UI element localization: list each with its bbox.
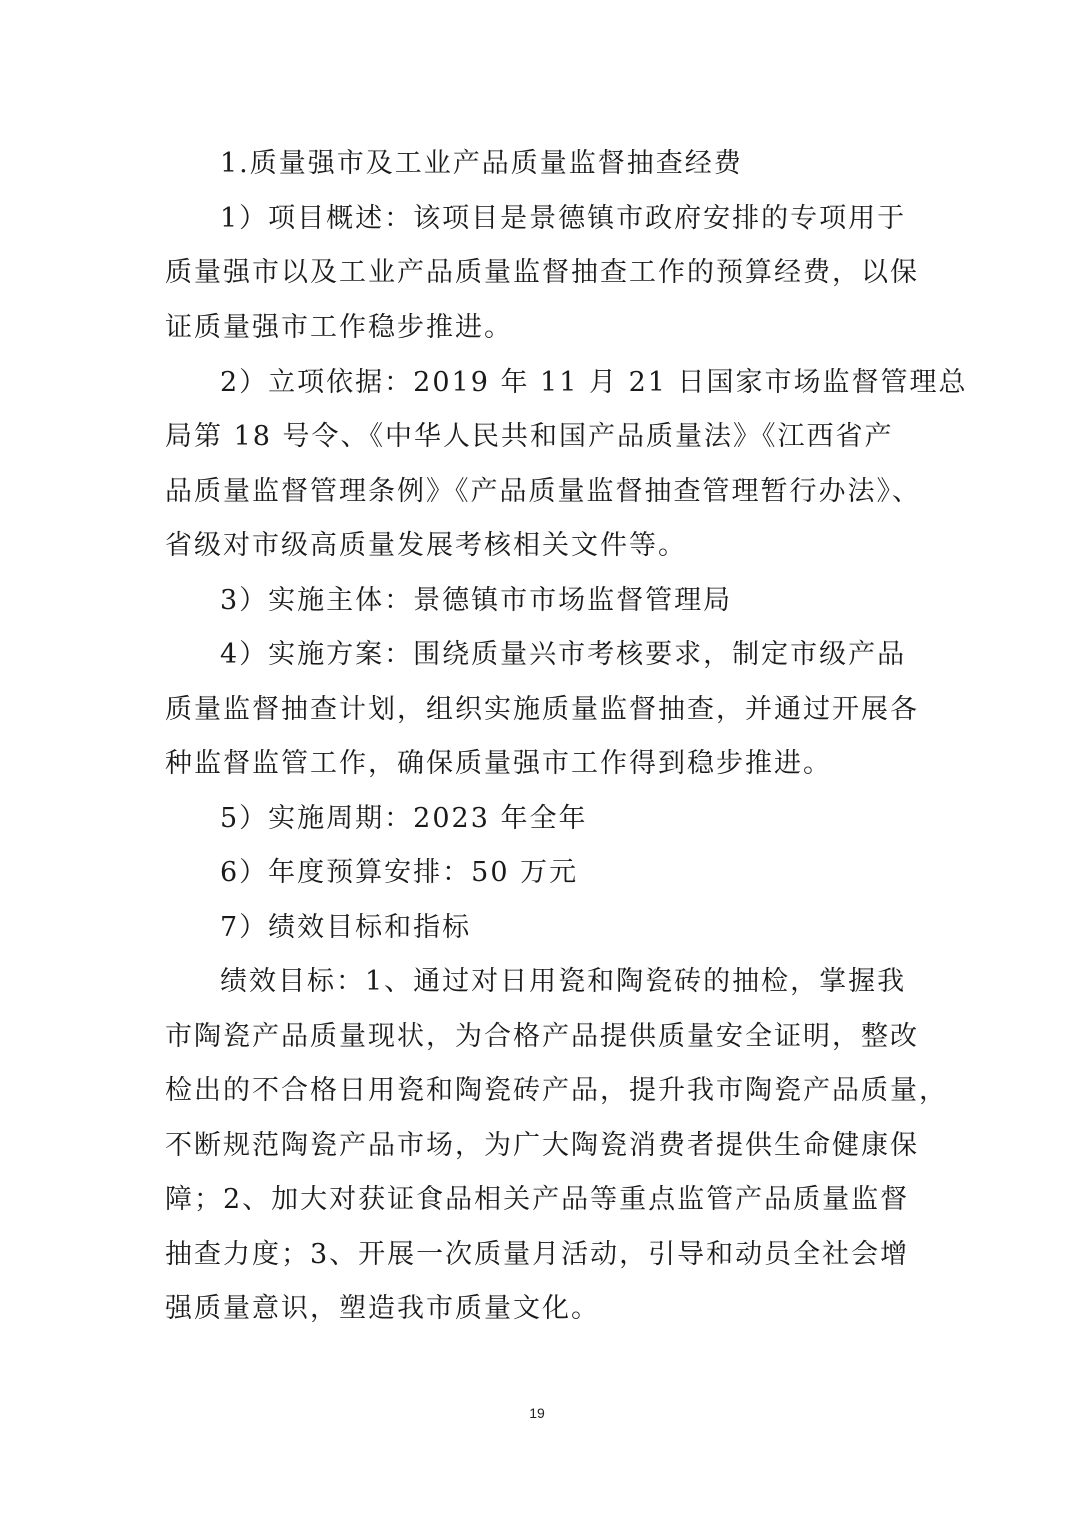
item-plan-line-3: 种监督监管工作，确保质量强市工作得到稳步推进。 [165,748,832,780]
performance-goals-line-2: 市陶瓷产品质量现状，为合格产品提供质量安全证明，整改 [165,1021,919,1053]
item-overview-line-3: 证质量强市工作稳步推进。 [165,312,513,344]
item-overview-line-1: 1）项目概述：该项目是景德镇市政府安排的专项用于 [220,203,906,235]
performance-goals-line-3: 检出的不合格日用瓷和陶瓷砖产品，提升我市陶瓷产品质量， [165,1075,948,1107]
item-period-line-1: 5）实施周期：2023 年全年 [220,803,587,835]
item-entity-line-1: 3）实施主体：景德镇市市场监督管理局 [220,585,732,617]
performance-goals-line-5: 障；2、加大对获证食品相关产品等重点监管产品质量监督 [165,1184,909,1216]
item-basis-line-3: 品质量监督管理条例》《产品质量监督抽查管理暂行办法》、 [165,476,921,508]
section-title: 1.质量强市及工业产品质量监督抽查经费 [220,148,743,180]
performance-goals-line-4: 不断规范陶瓷产品市场，为广大陶瓷消费者提供生命健康保 [165,1130,919,1162]
item-basis-line-2: 局第 18 号令、《中华人民共和国产品质量法》《江西省产 [165,421,894,453]
performance-goals-line-1: 绩效目标：1、通过对日用瓷和陶瓷砖的抽检，掌握我 [220,966,906,998]
item-budget-line-1: 6）年度预算安排：50 万元 [220,857,578,889]
item-plan-line-2: 质量监督抽查计划，组织实施质量监督抽查，并通过开展各 [165,694,919,726]
page-number: 19 [0,1405,1074,1421]
item-basis-line-4: 省级对市级高质量发展考核相关文件等。 [165,530,687,562]
document-page: 1.质量强市及工业产品质量监督抽查经费 1）项目概述：该项目是景德镇市政府安排的… [0,0,1074,1520]
item-basis-line-1: 2）立项依据：2019 年 11 月 21 日国家市场监督管理总 [220,367,968,399]
item-overview-line-2: 质量强市以及工业产品质量监督抽查工作的预算经费，以保 [165,257,919,289]
item-targets-line-1: 7）绩效目标和指标 [220,912,471,944]
performance-goals-line-7: 强质量意识，塑造我市质量文化。 [165,1293,600,1325]
item-plan-line-1: 4）实施方案：围绕质量兴市考核要求，制定市级产品 [220,639,906,671]
performance-goals-line-6: 抽查力度；3、开展一次质量月活动，引导和动员全社会增 [165,1239,909,1271]
